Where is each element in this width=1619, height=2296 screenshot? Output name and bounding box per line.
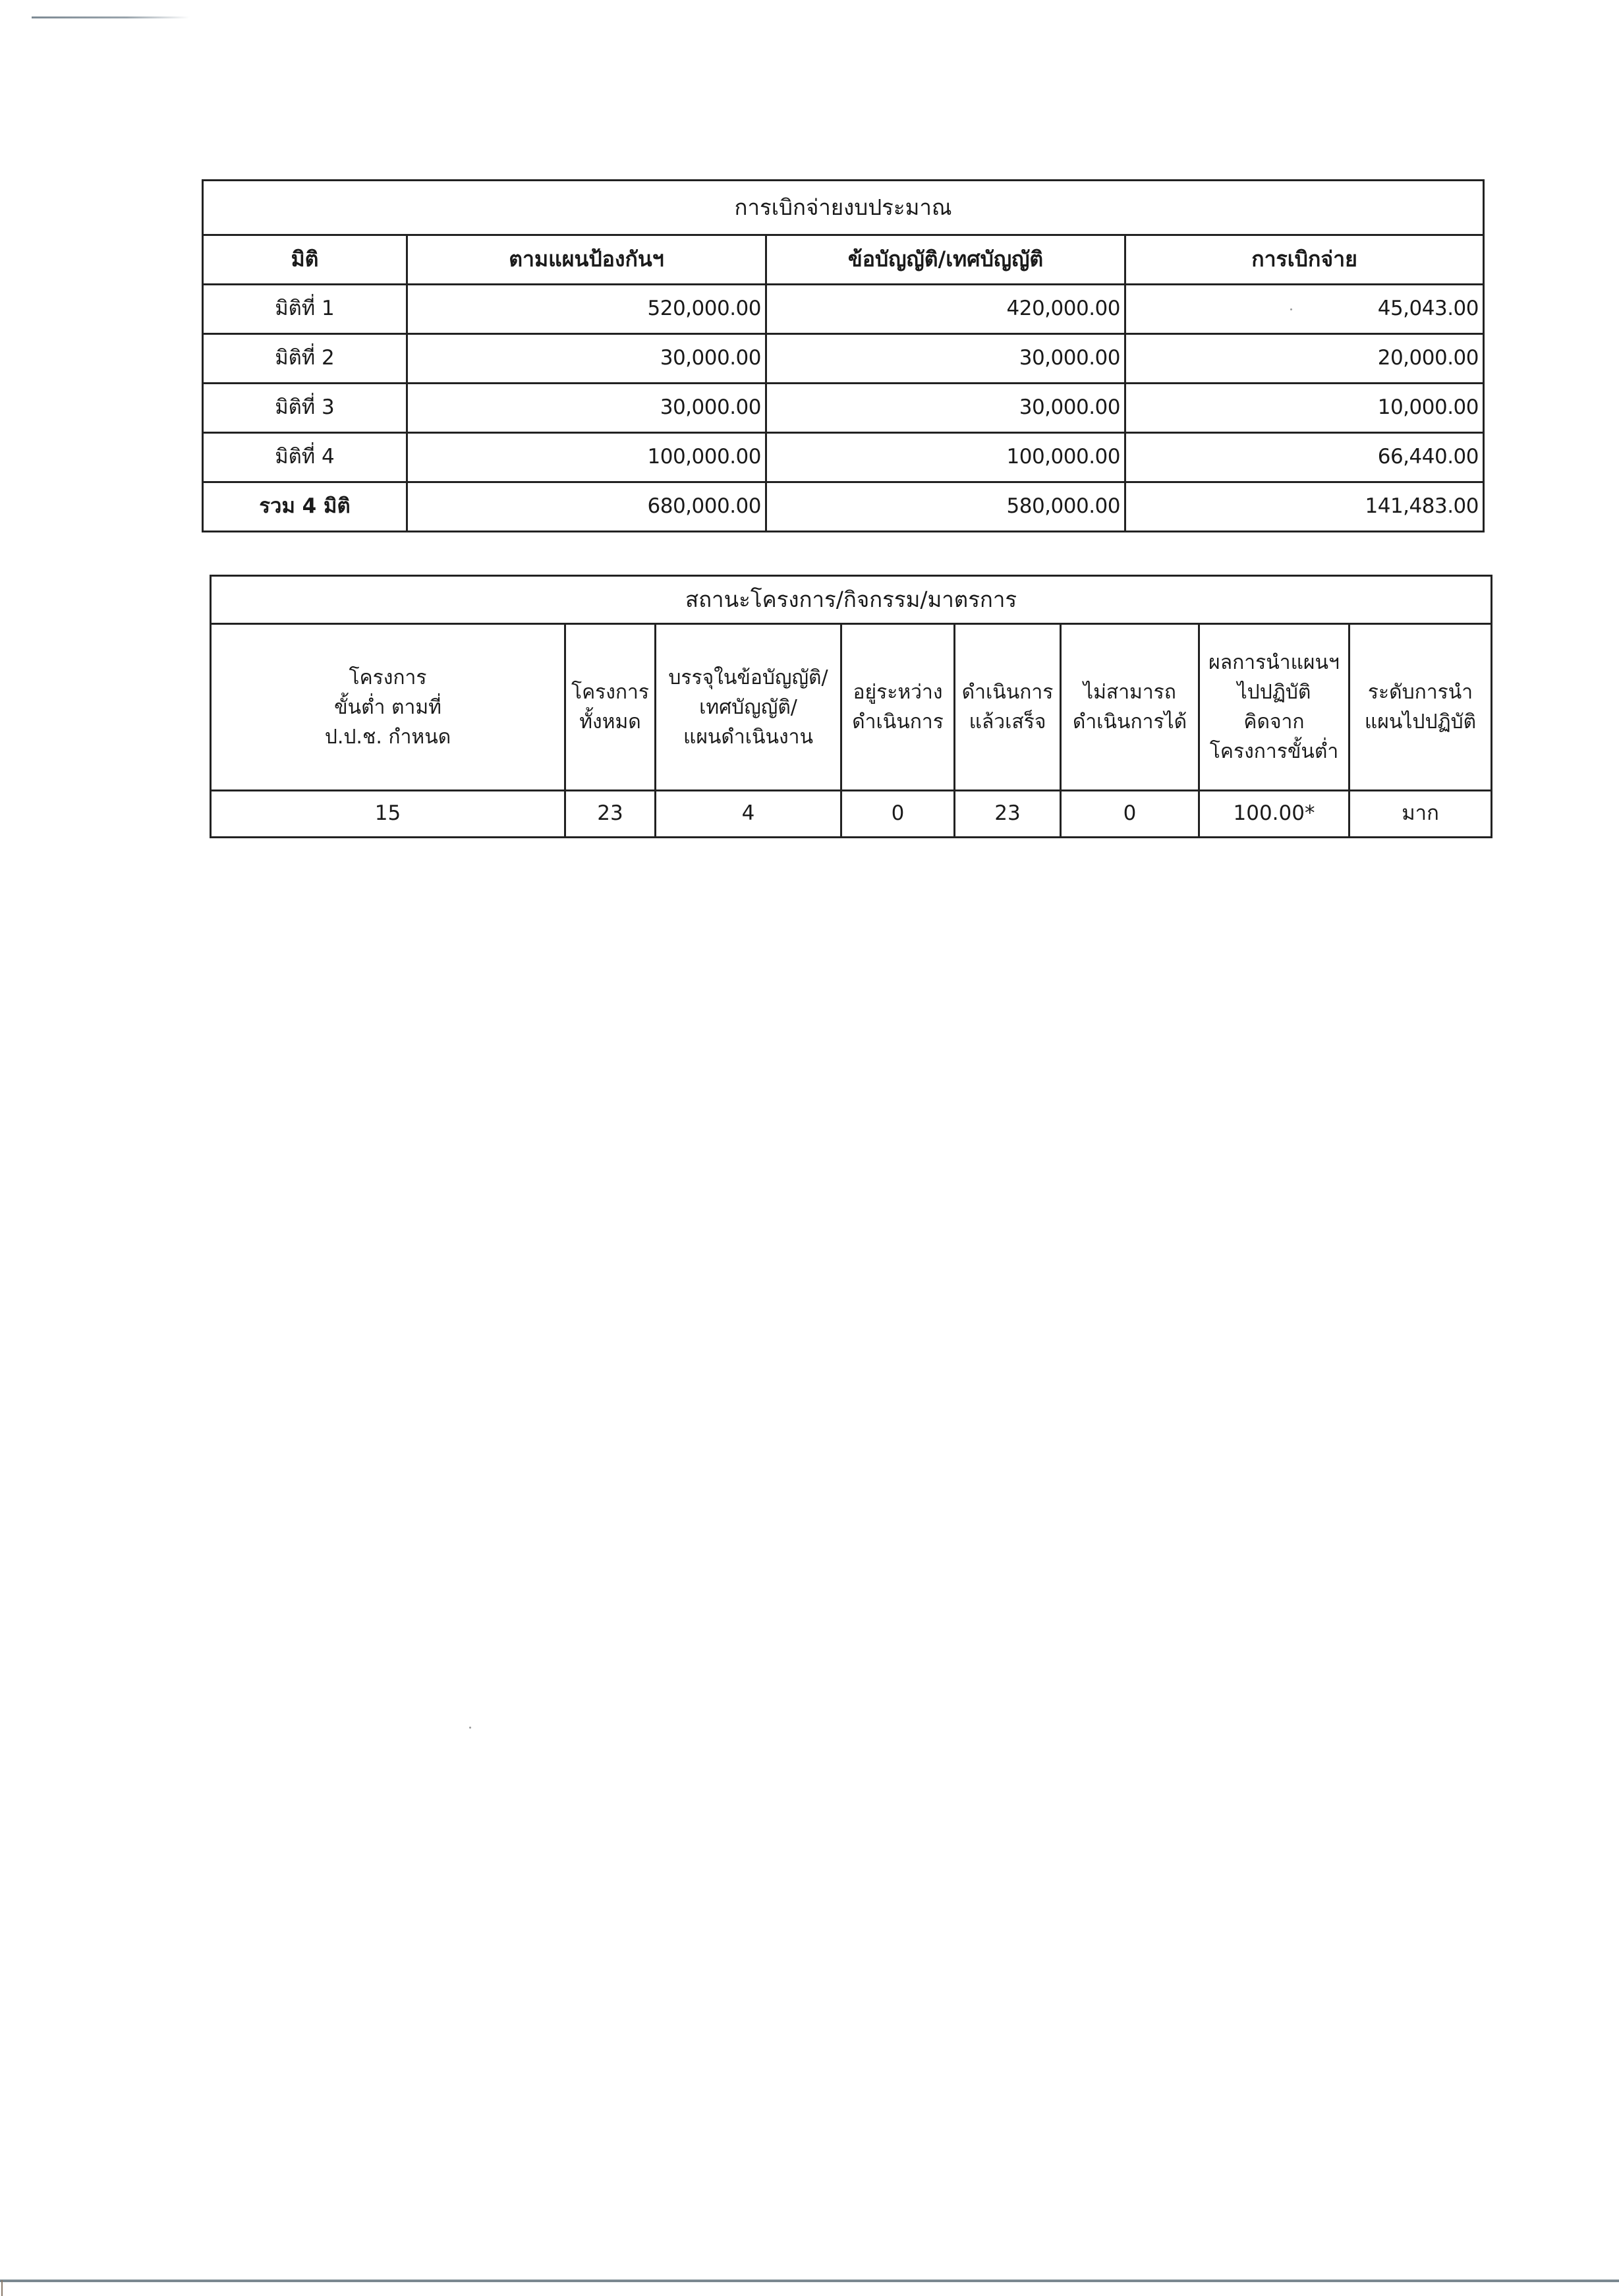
dimension-label: มิติที่ 4	[203, 433, 407, 482]
disbursed-value: 10,000.00	[1125, 384, 1484, 433]
disbursed-value: 66,440.00	[1125, 433, 1484, 482]
scan-artifact-bottom	[0, 2280, 1619, 2282]
header-plan: ตามแผนป้องกันฯ	[407, 235, 766, 285]
budget-disbursement-table: การเบิกจ่ายงบประมาณ มิติ ตามแผนป้องกันฯ …	[202, 179, 1485, 532]
included-value: 4	[656, 791, 841, 838]
total-row: รวม 4 มิติ 680,000.00 580,000.00 141,483…	[203, 482, 1484, 532]
header-ordinance: ข้อบัญญัติ/เทศบัญญัติ	[766, 235, 1125, 285]
ordinance-value: 100,000.00	[766, 433, 1125, 482]
header-line: ผลการนำแผนฯ	[1201, 648, 1347, 677]
header-total-projects: โครงการ ทั้งหมด	[565, 624, 656, 791]
header-line: ทั้งหมด	[567, 707, 653, 737]
scan-speck	[1290, 308, 1292, 310]
total-label: รวม 4 มิติ	[203, 482, 407, 532]
header-dimension: มิติ	[203, 235, 407, 285]
dimension-label: มิติที่ 2	[203, 334, 407, 384]
header-disbursed: การเบิกจ่าย	[1125, 235, 1484, 285]
ordinance-value: 30,000.00	[766, 334, 1125, 384]
ordinance-value: 420,000.00	[766, 285, 1125, 334]
total-projects-value: 23	[565, 791, 656, 838]
header-completed: ดำเนินการ แล้วเสร็จ	[955, 624, 1061, 791]
header-line: ดำเนินการได้	[1063, 707, 1197, 737]
header-implementation-level: ระดับการนำ แผนไปปฏิบัติ	[1349, 624, 1492, 791]
disbursed-value: 45,043.00	[1125, 285, 1484, 334]
header-line: ไม่สามารถ	[1063, 677, 1197, 707]
header-included-in-ordinance: บรรจุในข้อบัญญัติ/ เทศบัญญัติ/ แผนดำเนิน…	[656, 624, 841, 791]
budget-table-title: การเบิกจ่ายงบประมาณ	[203, 181, 1484, 235]
level-value: มาก	[1349, 791, 1492, 838]
total-plan: 680,000.00	[407, 482, 766, 532]
header-line: โครงการขั้นต่ำ	[1201, 737, 1347, 766]
header-line: โครงการ	[213, 663, 563, 693]
unable-value: 0	[1061, 791, 1199, 838]
result-value: 100.00*	[1199, 791, 1349, 838]
header-line: ดำเนินการ	[843, 707, 952, 737]
table-row: 15 23 4 0 23 0 100.00* มาก	[211, 791, 1492, 838]
header-implementation-result: ผลการนำแผนฯ ไปปฏิบัติ คิดจาก โครงการขั้น…	[1199, 624, 1349, 791]
in-progress-value: 0	[841, 791, 955, 838]
disbursed-value: 20,000.00	[1125, 334, 1484, 384]
header-in-progress: อยู่ระหว่าง ดำเนินการ	[841, 624, 955, 791]
ordinance-value: 30,000.00	[766, 384, 1125, 433]
header-minimum-projects: โครงการ ขั้นต่ำ ตามที่ ป.ป.ช. กำหนด	[211, 624, 565, 791]
header-line: โครงการ	[567, 677, 653, 707]
plan-value: 30,000.00	[407, 334, 766, 384]
header-line: ขั้นต่ำ ตามที่	[213, 693, 563, 722]
header-line: บรรจุในข้อบัญญัติ/	[658, 663, 839, 693]
total-ordinance: 580,000.00	[766, 482, 1125, 532]
table-row: มิติที่ 4 100,000.00 100,000.00 66,440.0…	[203, 433, 1484, 482]
header-line: เทศบัญญัติ/	[658, 693, 839, 722]
header-line: ระดับการนำ	[1351, 677, 1489, 707]
status-table-title: สถานะโครงการ/กิจกรรม/มาตรการ	[211, 576, 1492, 624]
dimension-label: มิติที่ 3	[203, 384, 407, 433]
header-line: ไปปฏิบัติ	[1201, 677, 1347, 707]
header-line: ป.ป.ช. กำหนด	[213, 722, 563, 752]
completed-value: 23	[955, 791, 1061, 838]
minimum-projects-value: 15	[211, 791, 565, 838]
plan-value: 100,000.00	[407, 433, 766, 482]
header-unable: ไม่สามารถ ดำเนินการได้	[1061, 624, 1199, 791]
project-status-table: สถานะโครงการ/กิจกรรม/มาตรการ โครงการ ขั้…	[210, 575, 1492, 838]
scan-artifact-edge	[1, 2280, 3, 2296]
dimension-label: มิติที่ 1	[203, 285, 407, 334]
plan-value: 520,000.00	[407, 285, 766, 334]
header-line: แผนดำเนินงาน	[658, 722, 839, 752]
header-line: ดำเนินการ	[957, 677, 1058, 707]
plan-value: 30,000.00	[407, 384, 766, 433]
scan-artifact-top	[32, 16, 190, 18]
table-row: มิติที่ 3 30,000.00 30,000.00 10,000.00	[203, 384, 1484, 433]
header-line: แล้วเสร็จ	[957, 707, 1058, 737]
table-row: มิติที่ 2 30,000.00 30,000.00 20,000.00	[203, 334, 1484, 384]
header-line: แผนไปปฏิบัติ	[1351, 707, 1489, 737]
total-disbursed: 141,483.00	[1125, 482, 1484, 532]
header-line: อยู่ระหว่าง	[843, 677, 952, 707]
header-line: คิดจาก	[1201, 707, 1347, 737]
scan-speck	[469, 1727, 471, 1729]
